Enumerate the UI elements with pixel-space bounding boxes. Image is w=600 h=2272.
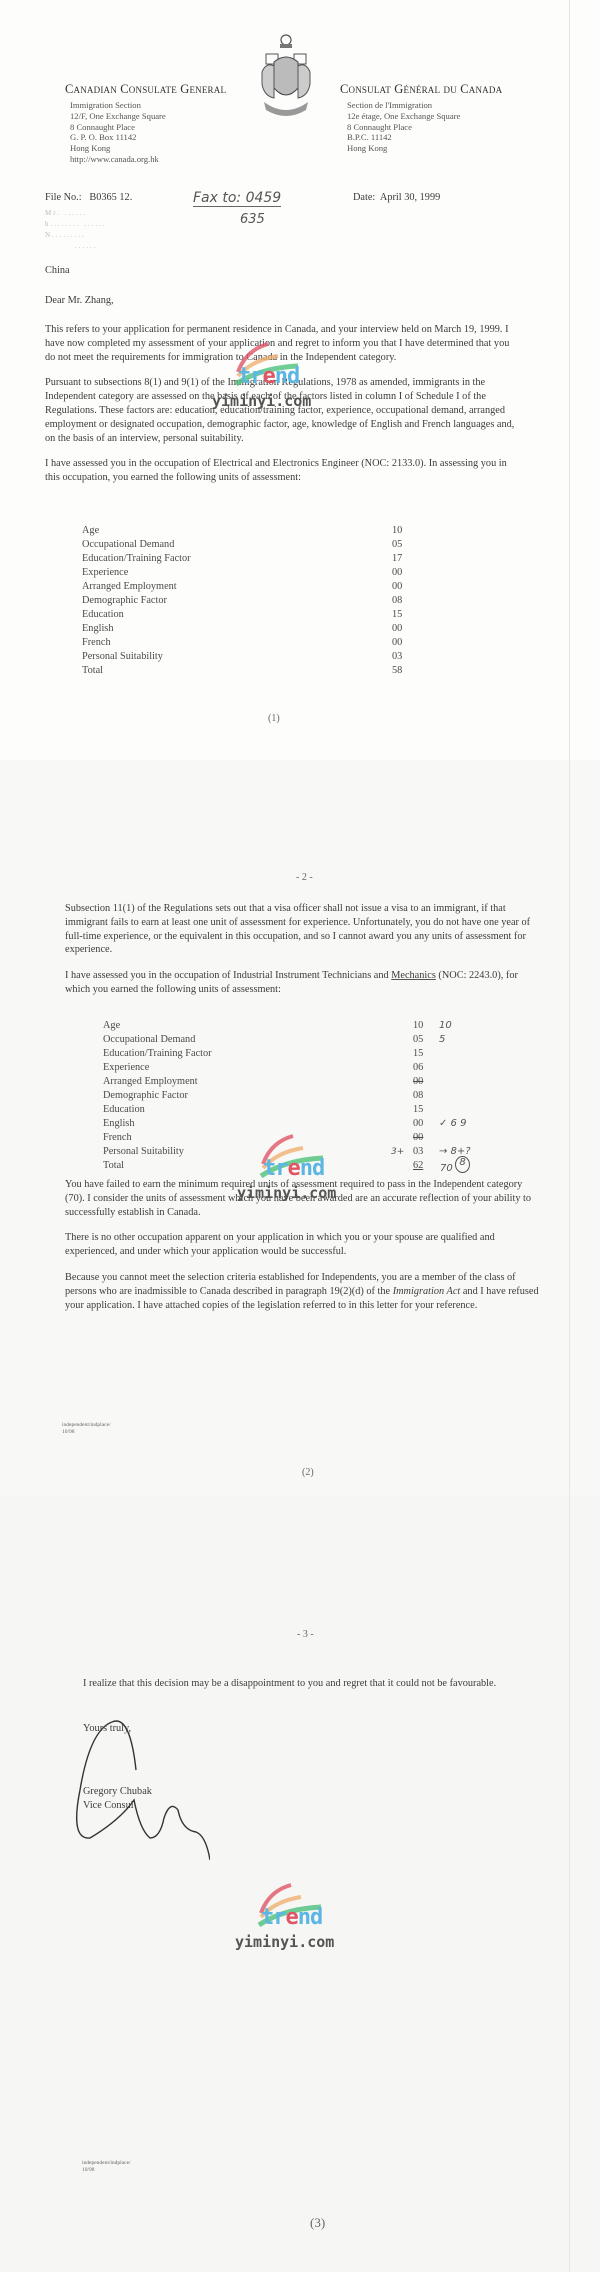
- assessment-units: 17: [392, 552, 414, 566]
- assessment-factor: Age: [103, 1019, 413, 1033]
- underlined-word: Mechanics: [391, 970, 436, 981]
- assessment-row: Occupational Demand055: [103, 1033, 471, 1047]
- date-value: April 30, 1999: [380, 192, 440, 203]
- letter-page-3: - 3 - I realize that this decision may b…: [0, 1495, 600, 2272]
- assessment-table-1: Age10Occupational Demand05Education/Trai…: [82, 524, 414, 678]
- watermark-site: yiminyi.com: [237, 1184, 336, 1202]
- assessment-row: Education15: [82, 608, 414, 622]
- assessment-factor: Arranged Employment: [82, 580, 392, 594]
- handwritten-fax-note: Fax to: 0459: [193, 190, 281, 207]
- act-name: Immigration Act: [393, 1286, 461, 1297]
- address-fr: Section de l'Immigration 12e étage, One …: [347, 100, 460, 154]
- assessment-factor: Demographic Factor: [82, 594, 392, 608]
- paragraph: I have assessed you in the occupation of…: [45, 457, 520, 485]
- assessment-factor: Demographic Factor: [103, 1089, 413, 1103]
- assessment-units: 15: [413, 1047, 435, 1061]
- assessment-units: 06: [413, 1061, 435, 1075]
- assessment-row: English00✓ 6 9: [103, 1117, 471, 1131]
- file-number-label: File No.:: [45, 192, 82, 203]
- assessment-units: 05: [413, 1033, 435, 1047]
- assessment-units: 08: [413, 1089, 435, 1103]
- watermark-brand: trend: [238, 364, 299, 389]
- assessment-factor: Personal Suitability: [82, 650, 392, 664]
- assessment-units: 00: [392, 636, 414, 650]
- paragraph: There is no other occupation apparent on…: [65, 1231, 540, 1259]
- recipient-line: N.........: [45, 230, 107, 241]
- address-line: Section de l'Immigration: [347, 100, 460, 111]
- footer-ref-2: independent/indplace/ 10/98: [62, 1422, 111, 1436]
- assessment-units: 05: [392, 538, 414, 552]
- assessment-row: Personal Suitability03: [82, 650, 414, 664]
- assessment-factor: Education: [103, 1103, 413, 1117]
- paragraph: Because you cannot meet the selection cr…: [65, 1271, 540, 1312]
- address-en: Immigration Section 12/F, One Exchange S…: [70, 100, 166, 165]
- assessment-units: 10: [392, 524, 414, 538]
- assessment-units: 00: [413, 1075, 435, 1089]
- page-mark-3: (3): [310, 2215, 325, 2231]
- signer-block: Gregory Chubak Vice Consul: [83, 1785, 152, 1813]
- assessment-factor: Education/Training Factor: [103, 1047, 413, 1061]
- watermark-site: yiminyi.com: [212, 392, 311, 410]
- assessment-factor: Arranged Employment: [103, 1075, 413, 1089]
- recipient-line: h........ ......: [45, 219, 107, 230]
- assessment-row: Experience06: [103, 1061, 471, 1075]
- occupation-intro: I have assessed you in the occupation of…: [65, 970, 391, 981]
- assessment-factor: Age: [82, 524, 392, 538]
- assessment-factor: English: [82, 622, 392, 636]
- letter-page-1: Canadian Consulate General Consulat Géné…: [0, 0, 600, 760]
- assessment-row: Arranged Employment00: [103, 1075, 471, 1089]
- canada-coat-of-arms-icon: [256, 32, 316, 118]
- letter-body-p2-top: Subsection 11(1) of the Regulations sets…: [65, 902, 535, 1009]
- page-mark-2: (2): [302, 1467, 314, 1478]
- assessment-units: 58: [392, 664, 414, 678]
- address-line: 12e étage, One Exchange Square: [347, 111, 460, 122]
- page-mark-1: (1): [268, 713, 280, 724]
- assessment-units: 08: [392, 594, 414, 608]
- assessment-row: Arranged Employment00: [82, 580, 414, 594]
- page-number-2: - 2 -: [296, 872, 313, 883]
- handwritten-note: 5: [439, 1033, 445, 1047]
- watermark: trend yiminyi.com: [237, 1130, 347, 1208]
- consulate-title-en: Canadian Consulate General: [65, 82, 226, 97]
- assessment-row: Age1010: [103, 1019, 471, 1033]
- assessment-factor: Education: [82, 608, 392, 622]
- footer-ref: independent/indplace/: [62, 1422, 111, 1429]
- handwritten-total-70: 70: [440, 1163, 453, 1174]
- assessment-row: Demographic Factor08: [82, 594, 414, 608]
- page-number-3: - 3 -: [297, 1629, 314, 1640]
- letter-date: Date: April 30, 1999: [353, 191, 440, 205]
- recipient-country: China: [45, 264, 70, 278]
- closing-paragraph: I realize that this decision may be a di…: [83, 1677, 513, 1691]
- assessment-row: Demographic Factor08: [103, 1089, 471, 1103]
- footer-ref-3: independent/indplace/ 10/98: [82, 2160, 131, 2174]
- address-line: B.P.C. 11142: [347, 132, 460, 143]
- watermark-site: yiminyi.com: [235, 1933, 334, 1951]
- assessment-units: 62: [413, 1159, 435, 1173]
- address-line: 8 Connaught Place: [347, 122, 460, 133]
- assessment-units: 00: [392, 622, 414, 636]
- handwritten-note: 3+: [391, 1145, 413, 1159]
- assessment-row: Education/Training Factor17: [82, 552, 414, 566]
- watermark: trend yiminyi.com: [235, 1879, 345, 1957]
- file-number-value: B0365 12.: [89, 192, 132, 203]
- assessment-units: 00: [413, 1131, 435, 1145]
- address-line: Hong Kong: [347, 143, 460, 154]
- assessment-row: Occupational Demand05: [82, 538, 414, 552]
- watermark-brand: trend: [263, 1156, 324, 1181]
- paragraph: I have assessed you in the occupation of…: [65, 969, 535, 997]
- date-label: Date:: [353, 192, 375, 203]
- assessment-units: 10: [413, 1019, 435, 1033]
- footer-date: 10/98: [62, 1429, 111, 1436]
- assessment-factor: Experience: [82, 566, 392, 580]
- watermark-brand: trend: [261, 1905, 322, 1930]
- assessment-row: English00: [82, 622, 414, 636]
- letter-page-2: - 2 - Subsection 11(1) of the Regulation…: [0, 760, 600, 1495]
- assessment-factor: English: [103, 1117, 413, 1131]
- address-line: 12/F, One Exchange Square: [70, 111, 166, 122]
- handwritten-circled-note: 8: [455, 1156, 470, 1173]
- page-edge: [569, 0, 570, 760]
- assessment-units: 15: [392, 608, 414, 622]
- page-edge: [569, 1495, 570, 2272]
- recipient-line: ......: [45, 241, 107, 252]
- salutation: Dear Mr. Zhang,: [45, 294, 114, 308]
- address-line: Immigration Section: [70, 100, 166, 111]
- page-edge: [569, 760, 570, 1495]
- recipient-line: Mr. ......: [45, 208, 107, 219]
- assessment-row: Education15: [103, 1103, 471, 1117]
- assessment-units: 00: [392, 580, 414, 594]
- assessment-units: 15: [413, 1103, 435, 1117]
- assessment-factor: Occupational Demand: [103, 1033, 413, 1047]
- signer-title: Vice Consul: [83, 1799, 152, 1813]
- watermark: trend yiminyi.com: [212, 338, 322, 416]
- address-line: Hong Kong: [70, 143, 166, 154]
- handwritten-fax-note-line2: 635: [240, 212, 265, 227]
- assessment-row: Education/Training Factor15: [103, 1047, 471, 1061]
- assessment-factor: French: [82, 636, 392, 650]
- recipient-address: Mr. ...... h........ ...... N......... .…: [45, 208, 107, 252]
- assessment-row: Total58: [82, 664, 414, 678]
- address-line: G. P. O. Box 11142: [70, 132, 166, 143]
- assessment-factor: Occupational Demand: [82, 538, 392, 552]
- assessment-row: Experience00: [82, 566, 414, 580]
- assessment-units: 00: [392, 566, 414, 580]
- consulate-title-fr: Consulat Général du Canada: [340, 82, 502, 97]
- assessment-units: 03: [413, 1145, 435, 1159]
- signer-name: Gregory Chubak: [83, 1785, 152, 1799]
- footer-ref: independent/indplace/: [82, 2160, 131, 2167]
- address-line: 8 Connaught Place: [70, 122, 166, 133]
- footer-date: 10/98: [82, 2167, 131, 2174]
- assessment-row: French00: [82, 636, 414, 650]
- assessment-factor: Experience: [103, 1061, 413, 1075]
- file-number: File No.: B0365 12.: [45, 191, 132, 205]
- handwritten-note: 10: [439, 1019, 452, 1033]
- assessment-factor: Total: [82, 664, 392, 678]
- assessment-units: 03: [392, 650, 414, 664]
- assessment-row: Age10: [82, 524, 414, 538]
- assessment-units: 00: [413, 1117, 435, 1131]
- handwritten-note: ✓ 6 9: [439, 1117, 466, 1131]
- paragraph: Subsection 11(1) of the Regulations sets…: [65, 902, 535, 957]
- assessment-factor: Education/Training Factor: [82, 552, 392, 566]
- website-link[interactable]: http://www.canada.org.hk: [70, 154, 166, 165]
